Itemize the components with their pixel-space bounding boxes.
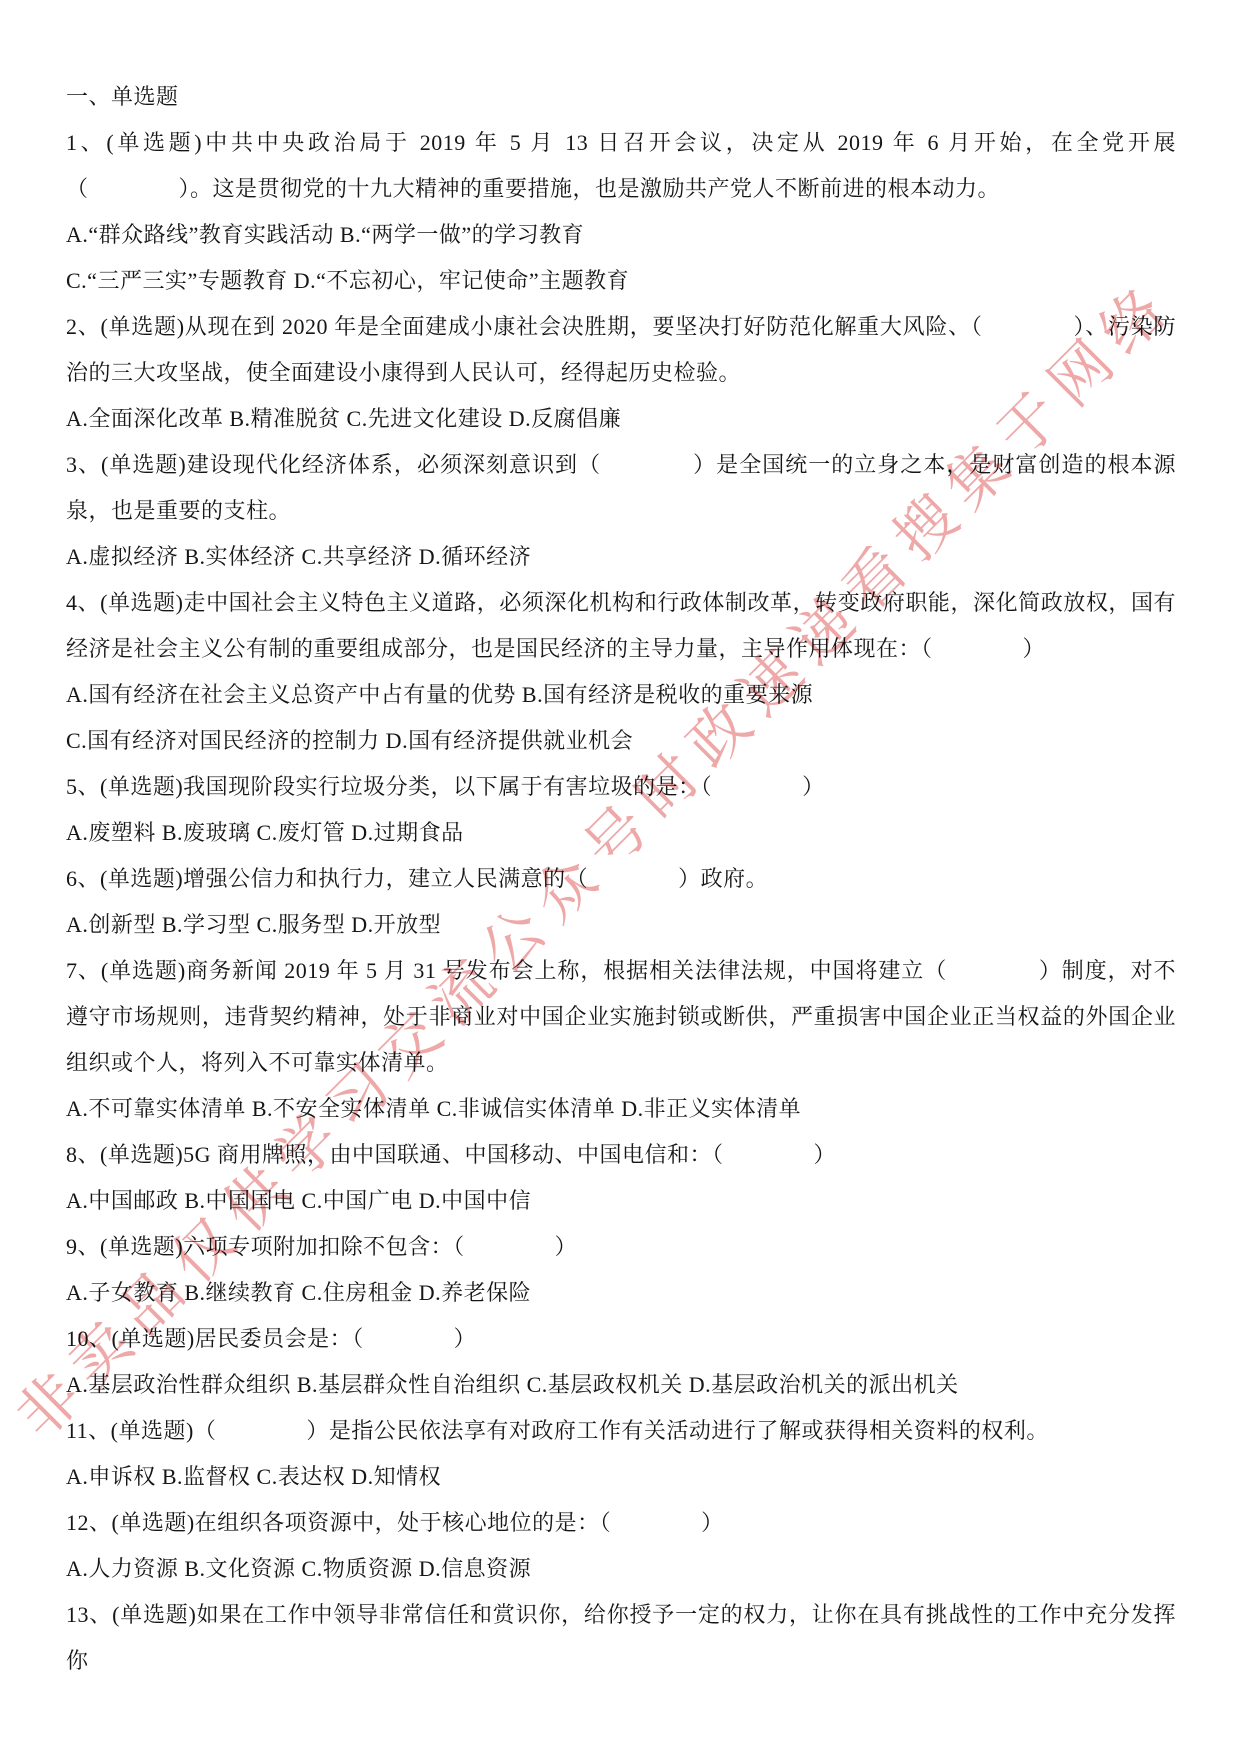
question-6-stem: 6、(单选题)增强公信力和执行力，建立人民满意的（ ）政府。: [66, 856, 1176, 902]
question-1-options-line-2: C.“三严三实”专题教育 D.“不忘初心，牢记使命”主题教育: [66, 258, 1176, 304]
question-4-stem: 4、(单选题)走中国社会主义特色主义道路，必须深化机构和行政体制改革，转变政府职…: [66, 580, 1176, 672]
question-6: 6、(单选题)增强公信力和执行力，建立人民满意的（ ）政府。 A.创新型 B.学…: [66, 856, 1176, 948]
question-13: 13、(单选题)如果在工作中领导非常信任和赏识你，给你授予一定的权力，让你在具有…: [66, 1592, 1176, 1684]
question-4-options-line-2: C.国有经济对国民经济的控制力 D.国有经济提供就业机会: [66, 718, 1176, 764]
question-12-options-line-1: A.人力资源 B.文化资源 C.物质资源 D.信息资源: [66, 1546, 1176, 1592]
exam-page: 一、单选题 1、(单选题)中共中央政治局于 2019 年 5 月 13 日召开会…: [0, 0, 1240, 1754]
question-1: 1、(单选题)中共中央政治局于 2019 年 5 月 13 日召开会议，决定从 …: [66, 120, 1176, 304]
question-12-stem: 12、(单选题)在组织各项资源中，处于核心地位的是：（ ）: [66, 1500, 1176, 1546]
question-9-stem: 9、(单选题)六项专项附加扣除不包含：（ ）: [66, 1224, 1176, 1270]
question-4-options-line-1: A.国有经济在社会主义总资产中占有量的优势 B.国有经济是税收的重要来源: [66, 672, 1176, 718]
section-title: 一、单选题: [66, 74, 1176, 120]
question-5-stem: 5、(单选题)我国现阶段实行垃圾分类，以下属于有害垃圾的是：（ ）: [66, 764, 1176, 810]
question-12: 12、(单选题)在组织各项资源中，处于核心地位的是：（ ） A.人力资源 B.文…: [66, 1500, 1176, 1592]
question-6-options-line-1: A.创新型 B.学习型 C.服务型 D.开放型: [66, 902, 1176, 948]
question-8-options-line-1: A.中国邮政 B.中国国电 C.中国广电 D.中国中信: [66, 1178, 1176, 1224]
question-8: 8、(单选题)5G 商用牌照，由中国联通、中国移动、中国电信和：（ ） A.中国…: [66, 1132, 1176, 1224]
question-4: 4、(单选题)走中国社会主义特色主义道路，必须深化机构和行政体制改革，转变政府职…: [66, 580, 1176, 764]
question-7-options-line-1: A.不可靠实体清单 B.不安全实体清单 C.非诚信实体清单 D.非正义实体清单: [66, 1086, 1176, 1132]
question-3-options-line-1: A.虚拟经济 B.实体经济 C.共享经济 D.循环经济: [66, 534, 1176, 580]
question-9: 9、(单选题)六项专项附加扣除不包含：（ ） A.子女教育 B.继续教育 C.住…: [66, 1224, 1176, 1316]
question-9-options-line-1: A.子女教育 B.继续教育 C.住房租金 D.养老保险: [66, 1270, 1176, 1316]
question-10-options-line-1: A.基层政治性群众组织 B.基层群众性自治组织 C.基层政权机关 D.基层政治机…: [66, 1362, 1176, 1408]
question-5: 5、(单选题)我国现阶段实行垃圾分类，以下属于有害垃圾的是：（ ） A.废塑料 …: [66, 764, 1176, 856]
question-2-stem: 2、(单选题)从现在到 2020 年是全面建成小康社会决胜期，要坚决打好防范化解…: [66, 304, 1176, 396]
question-11-stem: 11、(单选题)（ ）是指公民依法享有对政府工作有关活动进行了解或获得相关资料的…: [66, 1408, 1176, 1454]
question-8-stem: 8、(单选题)5G 商用牌照，由中国联通、中国移动、中国电信和：（ ）: [66, 1132, 1176, 1178]
question-13-stem: 13、(单选题)如果在工作中领导非常信任和赏识你，给你授予一定的权力，让你在具有…: [66, 1592, 1176, 1684]
question-10-stem: 10、(单选题)居民委员会是：（ ）: [66, 1316, 1176, 1362]
question-5-options-line-1: A.废塑料 B.废玻璃 C.废灯管 D.过期食品: [66, 810, 1176, 856]
question-11-options-line-1: A.申诉权 B.监督权 C.表达权 D.知情权: [66, 1454, 1176, 1500]
question-11: 11、(单选题)（ ）是指公民依法享有对政府工作有关活动进行了解或获得相关资料的…: [66, 1408, 1176, 1500]
question-1-stem: 1、(单选题)中共中央政治局于 2019 年 5 月 13 日召开会议，决定从 …: [66, 120, 1176, 212]
question-2-options-line-1: A.全面深化改革 B.精准脱贫 C.先进文化建设 D.反腐倡廉: [66, 396, 1176, 442]
question-3: 3、(单选题)建设现代化经济体系，必须深刻意识到（ ）是全国统一的立身之本，是财…: [66, 442, 1176, 580]
question-7-stem: 7、(单选题)商务新闻 2019 年 5 月 31 号发布会上称，根据相关法律法…: [66, 948, 1176, 1086]
question-3-stem: 3、(单选题)建设现代化经济体系，必须深刻意识到（ ）是全国统一的立身之本，是财…: [66, 442, 1176, 534]
question-2: 2、(单选题)从现在到 2020 年是全面建成小康社会决胜期，要坚决打好防范化解…: [66, 304, 1176, 442]
question-1-options-line-1: A.“群众路线”教育实践活动 B.“两学一做”的学习教育: [66, 212, 1176, 258]
question-10: 10、(单选题)居民委员会是：（ ） A.基层政治性群众组织 B.基层群众性自治…: [66, 1316, 1176, 1408]
question-7: 7、(单选题)商务新闻 2019 年 5 月 31 号发布会上称，根据相关法律法…: [66, 948, 1176, 1132]
